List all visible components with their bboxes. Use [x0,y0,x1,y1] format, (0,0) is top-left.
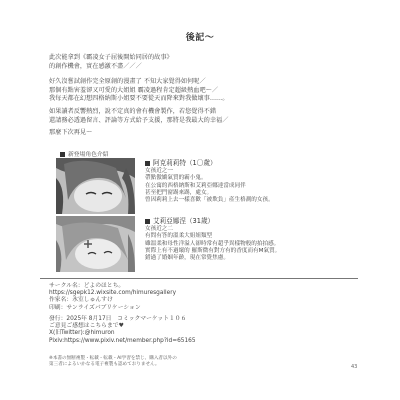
character-1-info: 阿克莉莉特（1〇歲） 女孩近之一 帶點傲嬌氣質的霸小鬼。 在公寓的西格納斯和艾莉… [145,160,274,204]
character-desc-line: 雖溫柔和母性洋溢人卻時常有超乎異樣物般的拍拍感。 [145,241,280,248]
character-1-name: 阿克莉莉特（1〇歲） [145,160,274,167]
character-desc-line: 錯過了婚姻年齡，現在常覺焦慮。 [145,255,280,262]
character-illustration-icon [56,158,135,214]
character-2-name: 艾莉亞娜涅（31歲） [145,218,280,225]
character-name-text: 阿克莉莉特（1〇歲） [153,159,217,167]
page-number: 43 [351,364,357,370]
square-bullet-icon [60,152,65,157]
paragraph-4: 那麼下次再見～ [49,129,92,138]
character-2-info: 艾莉亞娜涅（31歲） 女孩近之二 有問有答的溫柔大姐姐類型 雖溫柔和母性洋溢人卻… [145,218,280,262]
notice-line: 第三者によるいかなる電子複製も認めておりません。 [49,362,177,368]
paragraph-line: 好久沒嘗試創作完全原創的漫畫了 不知大家覺得如何呢／ [49,78,228,87]
printer-name: 印刷：サンライズパブリケーション [49,305,176,312]
character-desc-line: 甚至把門窗踢來踢，處女。 [145,190,274,197]
character-name-text: 艾莉亞娜涅（31歲） [153,217,214,225]
character-desc-line: 有問有答的溫柔大姐姐類型 [145,233,280,240]
page-title: 後記～ [0,30,400,43]
paragraph-line: 還請務必透過留言、評論等方式給予支援，那將是我最大的幸福／ [49,117,228,126]
colophon-credits: サークル名：どよのほとち。 https://sgepk12.wixsite.co… [49,283,176,312]
divider [40,278,358,279]
paragraph-2: 好久沒嘗試創作完全原創的漫畫了 不知大家覺得如何呢／ 那個有點害羞卻又可愛的大姐… [49,78,228,104]
character-desc-line: 曾因莉莉上去一樣喜歡「被欺負」產生格測的女孩。 [145,197,274,204]
paragraph-line: 那個有點害羞卻又可愛的大姐姐 霸凌過程肯定超級熱血吧～／ [49,87,228,96]
twitter-link[interactable]: X(旧Twitter):@himuron [49,330,196,337]
paragraph-line: 我每天都在幻想四格納斯小姐要不要從天而降來對我做壞事……。 [49,95,228,104]
paragraph-line: 的創作機會，實在感激不盡／／／ [49,63,173,72]
character-desc-line: 實際上有不過壞的 羅斯微有對方有的香度而有M氣質。 [145,248,280,255]
character-1-image [56,158,135,214]
section-label: 新登場角色介紹 [60,149,109,158]
character-desc-line: 在公寓的西格納斯和艾莉亞娜達當成同伴 [145,183,274,190]
circle-name: サークル名：どよのほとち。 [49,283,176,290]
pixiv-link[interactable]: Pixiv:https://www.pixiv.net/member.php?i… [49,338,196,345]
character-illustration-icon [56,216,135,272]
paragraph-1: 此次能拿到《霸凌女子屈後開始同居的故事》 的創作機會，實在感激不盡／／／ [49,54,173,71]
paragraph-3: 如果讀者反響熱烈，說不定真的會有機會製作，若您覺得不錯 還請務必透過留言、評論等… [49,108,228,125]
paragraph-line: 如果讀者反響熱烈，說不定真的會有機會製作，若您覺得不錯 [49,108,228,117]
colophon-contact: 發行：2025年 8月17日 コミックマーケット１０６ ご意見ご感想はこちらまで… [49,316,196,345]
square-bullet-icon [145,219,150,224]
document-page: 後記～ 此次能拿到《霸凌女子屈後開始同居的故事》 的創作機會，實在感激不盡／／／… [0,0,400,400]
character-desc-line: 帶點傲嬌氣質的霸小鬼。 [145,175,274,182]
paragraph-line: 那麼下次再見～ [49,129,92,138]
copyright-notice: ※本書の無断複製・転載・転載・AI学習を禁じ、購入者以外の 第三者によるいかなる… [49,356,177,368]
paragraph-line: 此次能拿到《霸凌女子屈後開始同居的故事》 [49,54,173,63]
square-bullet-icon [145,161,150,166]
author-name: 作家名：氷室しゅんすけ [49,297,176,304]
character-2-image [56,216,135,272]
